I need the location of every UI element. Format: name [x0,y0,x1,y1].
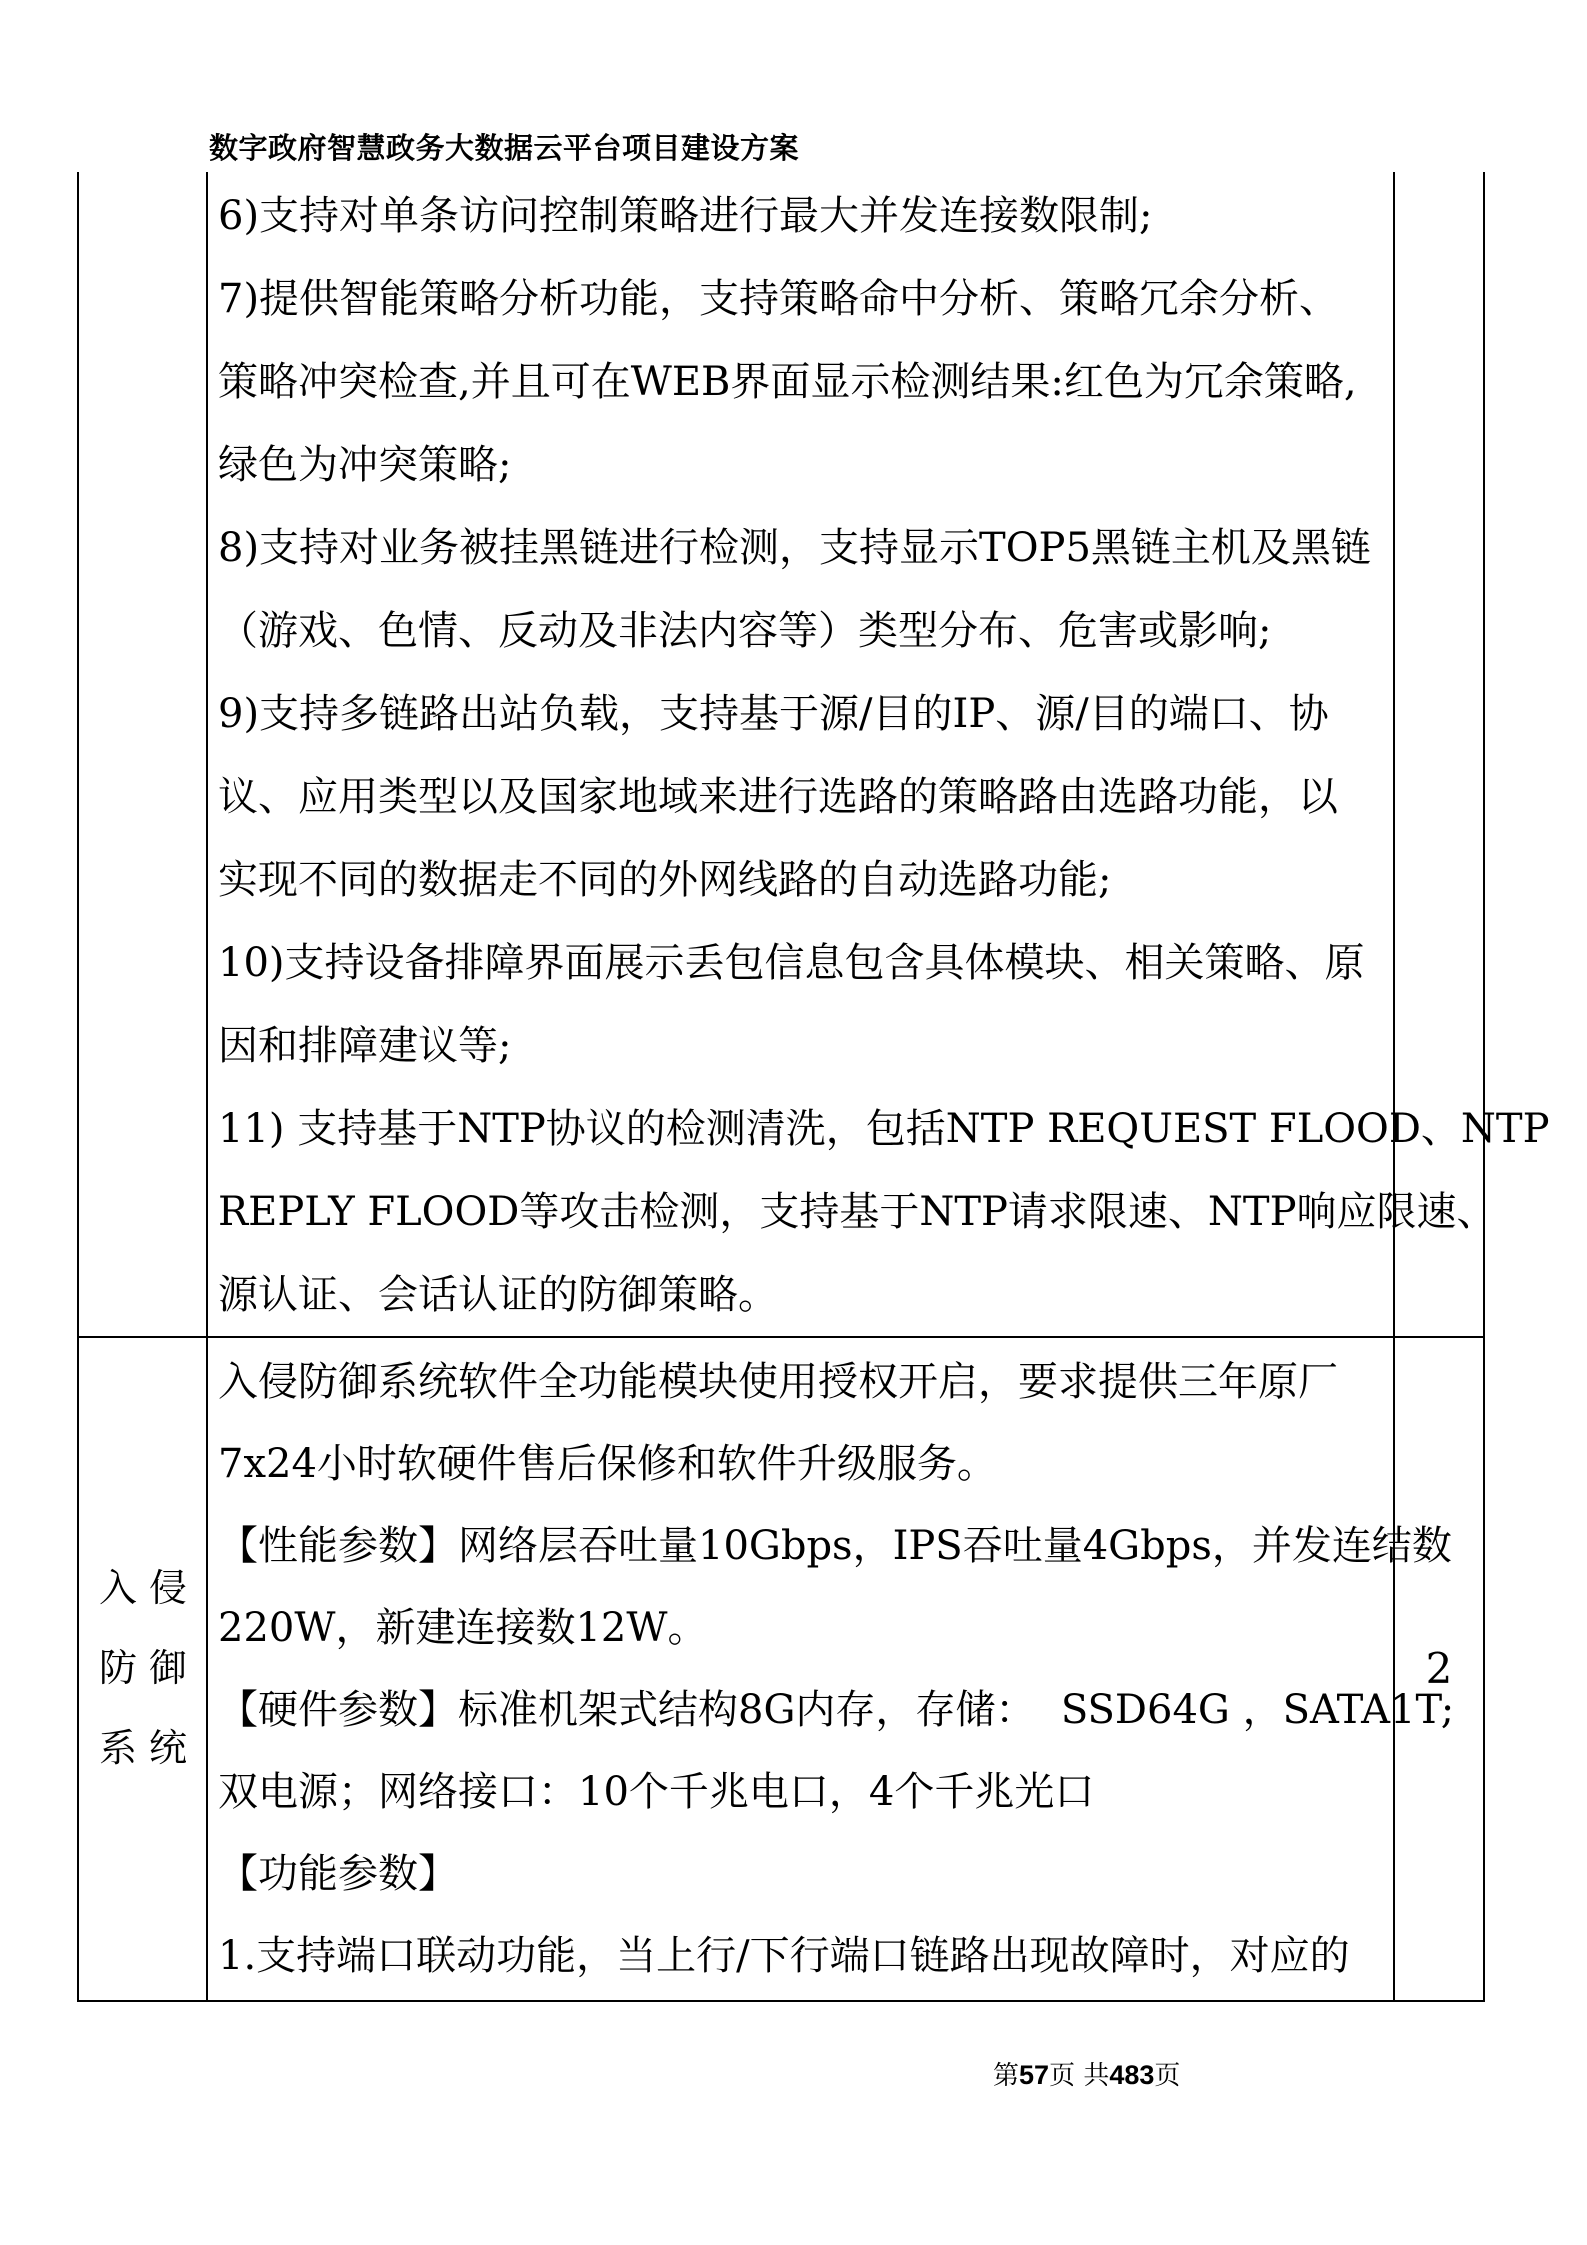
spec-text-line: 议、应用类型以及国家地域来进行选路的策略路由选路功能，以 [218,756,1383,839]
spec-text-line: 因和排障建议等; [218,1005,1383,1088]
spec-text-line: 6)支持对单条访问控制策略进行最大并发连接数限制; [218,175,1383,258]
spec-text-line: 策略冲突检查,并且可在WEB界面显示检测结果:红色为冗余策略, [218,341,1383,424]
spec-text-line: 【功能参数】 [218,1833,1383,1915]
spec-text-line: REPLY FLOOD等攻击检测，支持基于NTP请求限速、NTP响应限速、 [218,1171,1383,1254]
spec-text-line: 1.支持端口联动功能，当上行/下行端口链路出现故障时，对应的 [218,1915,1383,1997]
spec-text-line: 11) 支持基于NTP协议的检测清洗，包括NTP REQUEST FLOOD、N… [218,1088,1383,1171]
spec-text-line: 7)提供智能策略分析功能，支持策略命中分析、策略冗余分析、 [218,258,1383,341]
document-page: { "page": { "header_title": "数字政府智慧政务大数据… [0,0,1587,2245]
footer-suffix: 页 [1154,2061,1180,2091]
quantity-cell: 2 [1395,1640,1483,1698]
footer-total-pages: 483 [1109,2060,1154,2090]
footer-prefix: 第 [993,2061,1019,2091]
spec-text-cell-row1: 6)支持对单条访问控制策略进行最大并发连接数限制;7)提供智能策略分析功能，支持… [218,175,1383,1337]
spec-text-line: 绿色为冲突策略; [218,424,1383,507]
spec-text-cell-row2: 入侵防御系统软件全功能模块使用授权开启，要求提供三年原厂7x24小时软硬件售后保… [218,1341,1383,1997]
table-border-bottom [77,2000,1485,2002]
spec-text-line: 7x24小时软硬件售后保修和软件升级服务。 [218,1423,1383,1505]
footer-page-number: 57 [1019,2060,1049,2090]
spec-text-line: 8)支持对业务被挂黑链进行检测，支持显示TOP5黑链主机及黑链 [218,507,1383,590]
footer-middle: 页 共 [1049,2061,1109,2091]
spec-text-line: （游戏、色情、反动及非法内容等）类型分布、危害或影响; [218,590,1383,673]
spec-text-line: 入侵防御系统软件全功能模块使用授权开启，要求提供三年原厂 [218,1341,1383,1423]
spec-text-line: 源认证、会话认证的防御策略。 [218,1254,1383,1337]
item-name-line: 入侵 [79,1548,207,1628]
spec-text-line: 10)支持设备排障界面展示丢包信息包含具体模块、相关策略、原 [218,922,1383,1005]
spec-text-line: 【性能参数】网络层吞吐量10Gbps，IPS吞吐量4Gbps，并发连结数 [218,1505,1383,1587]
spec-text-line: 【硬件参数】标准机架式结构8G内存，存储： SSD64G ，SATA1T; [218,1669,1383,1751]
item-name-cell: 入侵防御系统 [79,1548,207,1788]
item-name-line: 防御 [79,1628,207,1708]
spec-text-line: 双电源；网络接口：10个千兆电口，4个千兆光口 [218,1751,1383,1833]
table-border-right [1483,172,1485,2002]
spec-text-line: 9)支持多链路出站负载，支持基于源/目的IP、源/目的端口、协 [218,673,1383,756]
spec-text-line: 220W，新建连接数12W。 [218,1587,1383,1669]
page-title: 数字政府智慧政务大数据云平台项目建设方案 [209,126,799,170]
item-name-line: 系统 [79,1708,207,1788]
spec-text-line: 实现不同的数据走不同的外网线路的自动选路功能; [218,839,1383,922]
page-footer: 第57页 共483页 [993,2057,1180,2094]
